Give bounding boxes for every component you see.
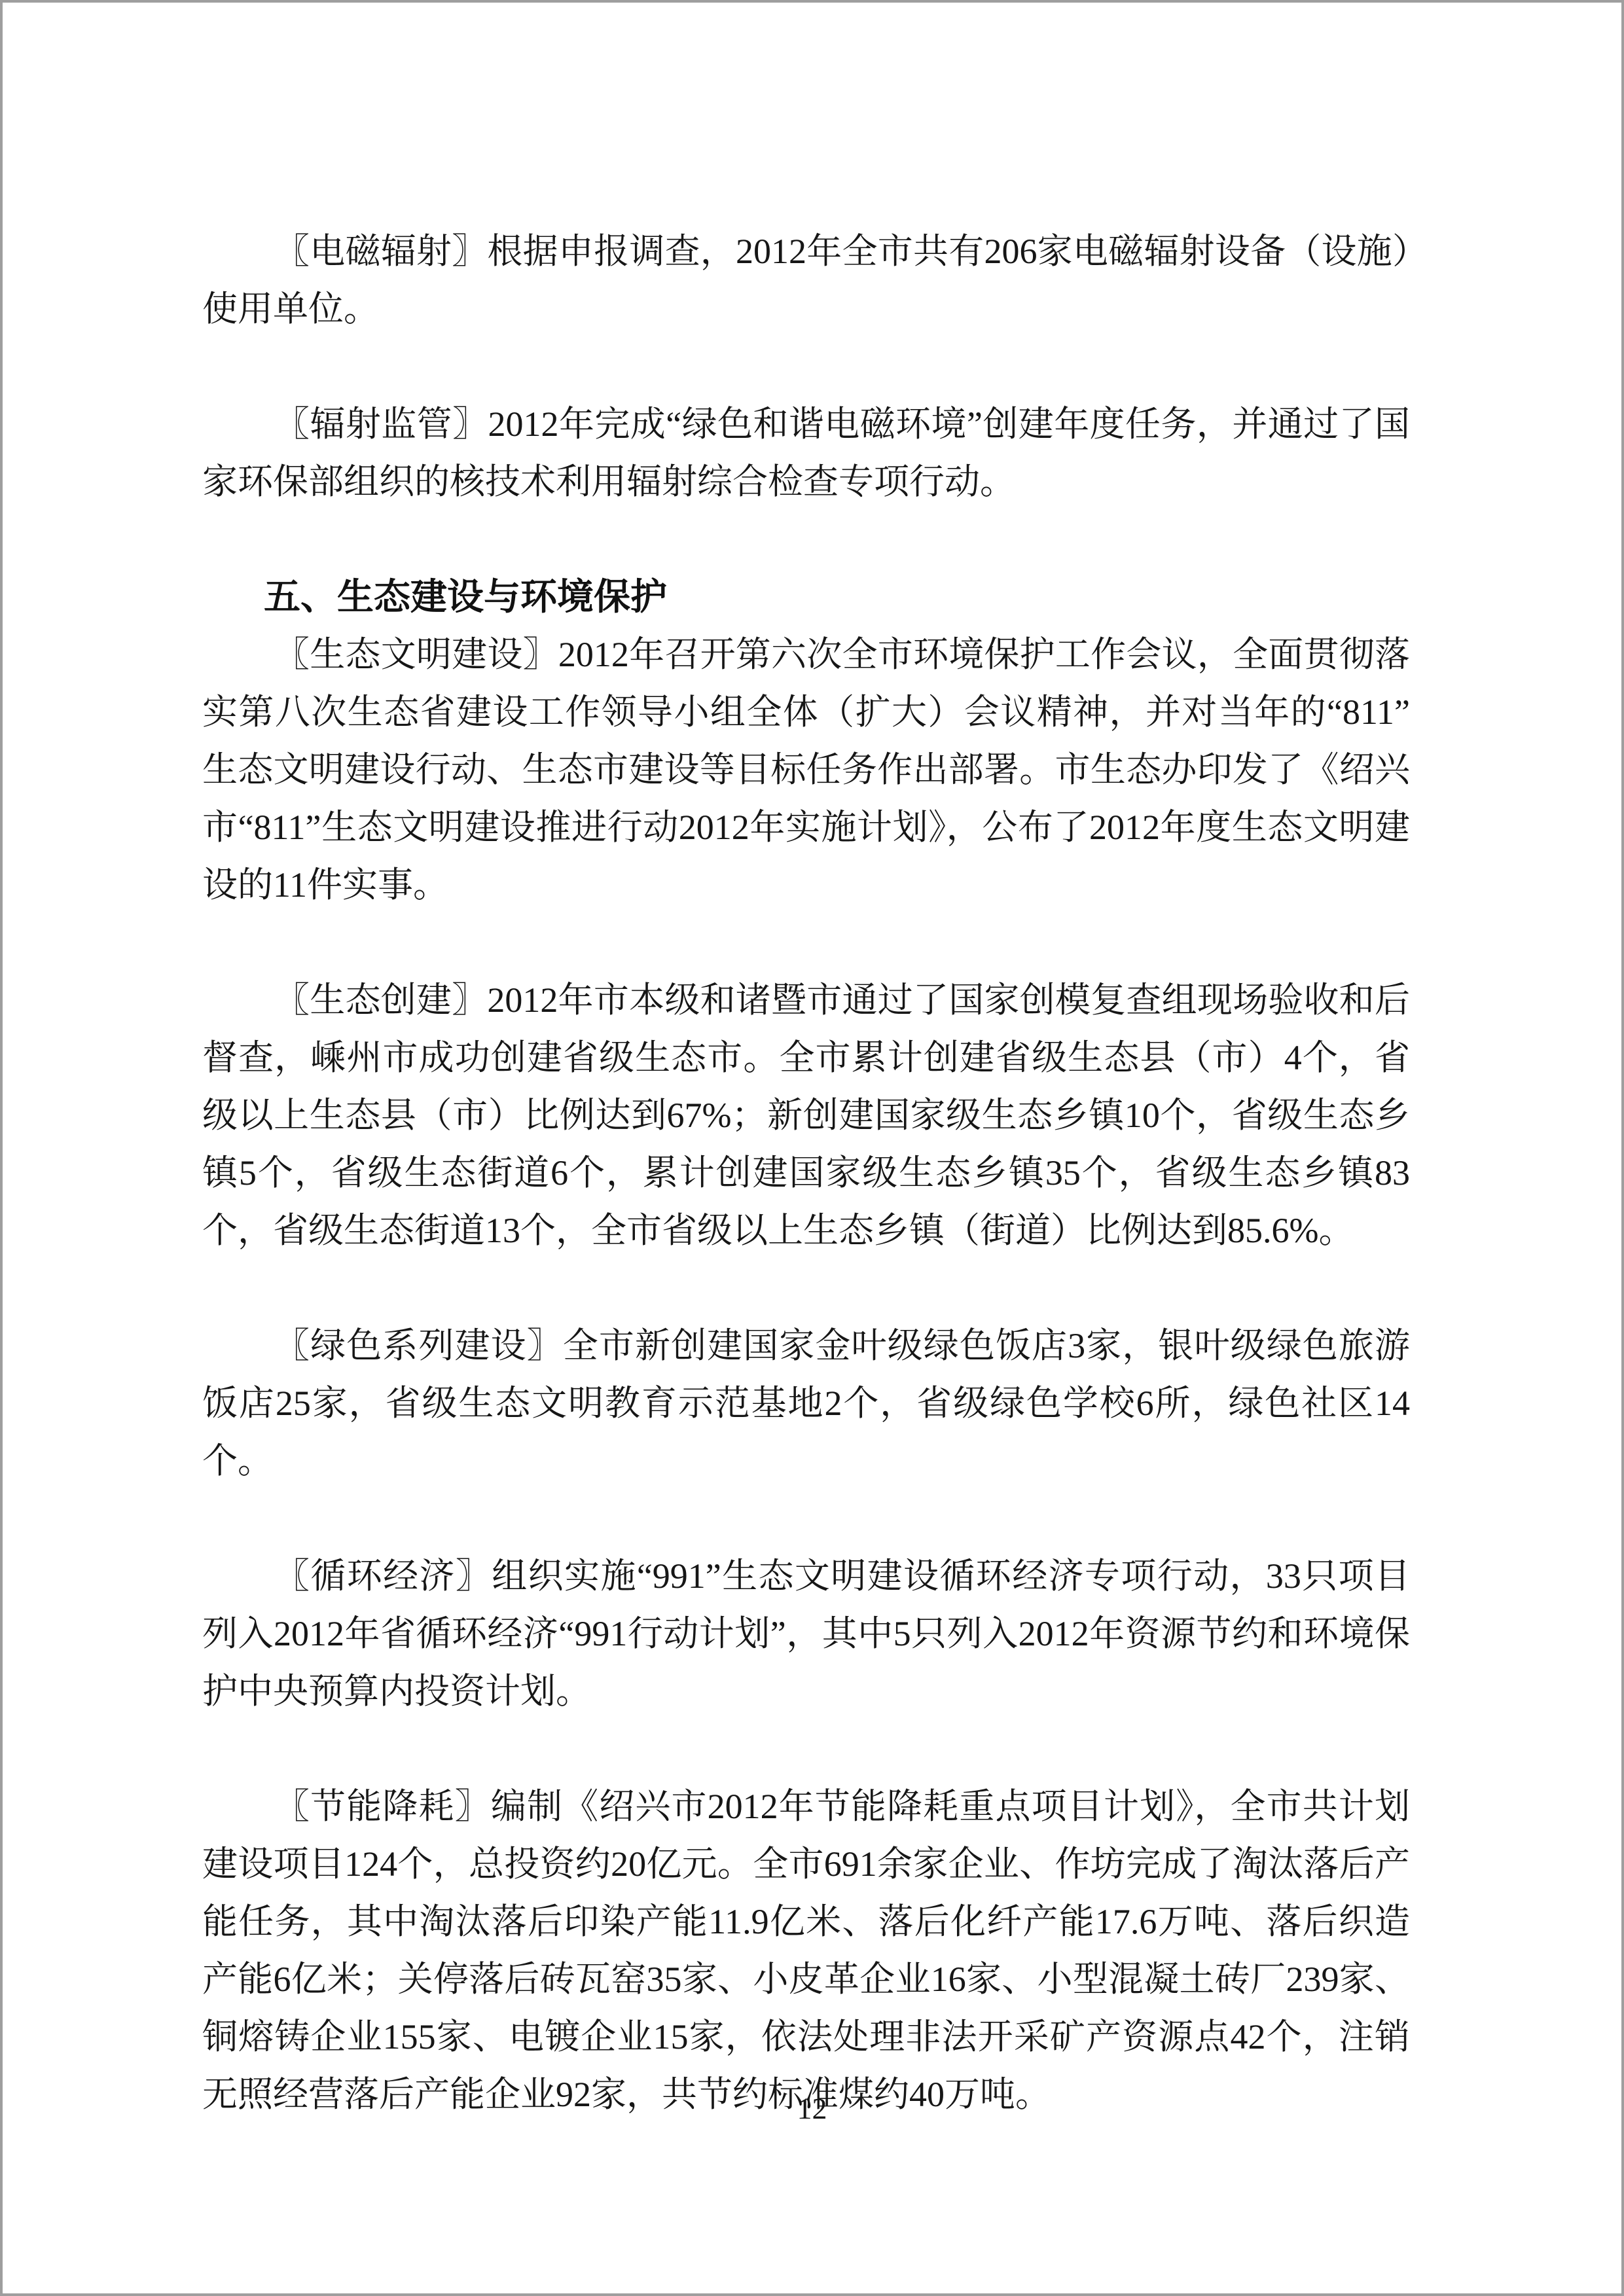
entry-energy-saving: 〖节能降耗〗编制《绍兴市2012年节能降耗重点项目计划》，全市共计划建设项目12…	[202, 1778, 1410, 2123]
entry-ecological-creation: 〖生态创建〗2012年市本级和诸暨市通过了国家创模复查组现场验收和后督查，嵊州市…	[202, 971, 1410, 1259]
entry-text: 2012年市本级和诸暨市通过了国家创模复查组现场验收和后督查，嵊州市成功创建省级…	[202, 980, 1410, 1250]
entry-term: 〖辐射监管〗	[274, 404, 488, 444]
entry-circular-economy: 〖循环经济〗组织实施“991”生态文明建设循环经济专项行动，33只项目列入201…	[202, 1547, 1410, 1720]
page-content: 〖电磁辐射〗根据申报调查，2012年全市共有206家电磁辐射设备（设施）使用单位…	[202, 223, 1410, 2181]
entry-term: 〖绿色系列建设〗	[274, 1326, 563, 1365]
entry-term: 〖节能降耗〗	[274, 1787, 491, 1826]
entry-ecological-civilization: 〖生态文明建设〗2012年召开第六次全市环境保护工作会议，全面贯彻落实第八次生态…	[202, 626, 1410, 914]
entry-term: 〖电磁辐射〗	[274, 232, 487, 271]
entry-term: 〖生态文明建设〗	[274, 635, 558, 674]
section-heading: 五、生态建设与环境保护	[202, 568, 1410, 626]
entry-text: 编制《绍兴市2012年节能降耗重点项目计划》，全市共计划建设项目124个，总投资…	[202, 1787, 1410, 2114]
page-number: 12	[3, 2089, 1621, 2128]
entry-term: 〖循环经济〗	[274, 1556, 492, 1596]
entry-radiation-supervision: 〖辐射监管〗2012年完成“绿色和谐电磁环境”创建年度任务，并通过了国家环保部组…	[202, 395, 1410, 511]
entry-green-series: 〖绿色系列建设〗全市新创建国家金叶级绿色饭店3家，银叶级绿色旅游饭店25家，省级…	[202, 1317, 1410, 1490]
document-page: 〖电磁辐射〗根据申报调查，2012年全市共有206家电磁辐射设备（设施）使用单位…	[0, 0, 1624, 2296]
entry-term: 〖生态创建〗	[274, 980, 487, 1020]
entry-text: 2012年召开第六次全市环境保护工作会议，全面贯彻落实第八次生态省建设工作领导小…	[202, 635, 1410, 905]
entry-electromagnetic-radiation: 〖电磁辐射〗根据申报调查，2012年全市共有206家电磁辐射设备（设施）使用单位…	[202, 223, 1410, 338]
